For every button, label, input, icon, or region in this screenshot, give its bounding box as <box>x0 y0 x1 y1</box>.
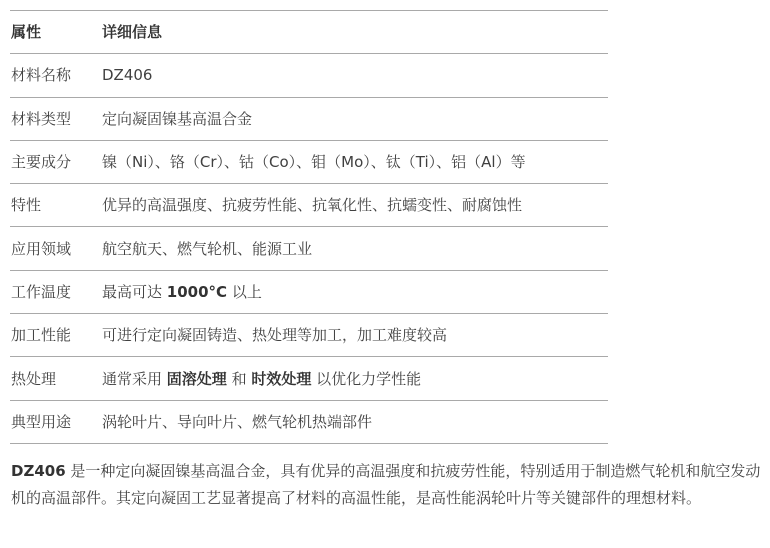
row-value: 航空航天、燃气轮机、能源工业 <box>101 227 608 270</box>
table-row: 材料名称 DZ406 <box>10 54 608 97</box>
material-spec-table: 属性 详细信息 材料名称 DZ406 材料类型 定向凝固镍基高温合金 主要成分 … <box>10 10 608 444</box>
value-bold: 1000°C <box>167 283 227 301</box>
table-row: 特性 优异的高温强度、抗疲劳性能、抗氧化性、抗蠕变性、耐腐蚀性 <box>10 184 608 227</box>
row-attr: 加工性能 <box>10 314 101 357</box>
row-value: 定向凝固镍基高温合金 <box>101 97 608 140</box>
description-paragraph: DZ406 是一种定向凝固镍基高温合金，具有优异的高温强度和抗疲劳性能，特别适用… <box>11 458 763 512</box>
value-bold: 固溶处理 <box>167 370 227 388</box>
table-row: 热处理 通常采用 固溶处理 和 时效处理 以优化力学性能 <box>10 357 608 400</box>
value-text: 最高可达 <box>102 283 167 301</box>
row-value: DZ406 <box>101 54 608 97</box>
row-attr: 特性 <box>10 184 101 227</box>
row-attr: 主要成分 <box>10 140 101 183</box>
row-value: 最高可达 1000°C 以上 <box>101 270 608 313</box>
row-value: 优异的高温强度、抗疲劳性能、抗氧化性、抗蠕变性、耐腐蚀性 <box>101 184 608 227</box>
row-attr: 材料名称 <box>10 54 101 97</box>
value-text: 通常采用 <box>102 370 167 388</box>
row-value: 涡轮叶片、导向叶片、燃气轮机热端部件 <box>101 400 608 443</box>
row-attr: 热处理 <box>10 357 101 400</box>
table-row: 加工性能 可进行定向凝固铸造、热处理等加工，加工难度较高 <box>10 314 608 357</box>
header-attribute: 属性 <box>10 11 101 54</box>
description-bold: DZ406 <box>11 462 66 480</box>
row-attr: 工作温度 <box>10 270 101 313</box>
row-attr: 材料类型 <box>10 97 101 140</box>
table-header-row: 属性 详细信息 <box>10 11 608 54</box>
value-text: 和 <box>227 370 252 388</box>
row-attr: 应用领域 <box>10 227 101 270</box>
table-row: 工作温度 最高可达 1000°C 以上 <box>10 270 608 313</box>
row-attr: 典型用途 <box>10 400 101 443</box>
value-text: 以上 <box>227 283 262 301</box>
row-value: 可进行定向凝固铸造、热处理等加工，加工难度较高 <box>101 314 608 357</box>
row-value: 镍（Ni）、铬（Cr）、钴（Co）、钼（Mo）、钛（Ti）、铝（Al）等 <box>101 140 608 183</box>
value-bold: 时效处理 <box>251 370 311 388</box>
header-details: 详细信息 <box>101 11 608 54</box>
table-row: 主要成分 镍（Ni）、铬（Cr）、钴（Co）、钼（Mo）、钛（Ti）、铝（Al）… <box>10 140 608 183</box>
table-row: 材料类型 定向凝固镍基高温合金 <box>10 97 608 140</box>
description-text: 是一种定向凝固镍基高温合金，具有优异的高温强度和抗疲劳性能，特别适用于制造燃气轮… <box>11 462 760 507</box>
table-row: 应用领域 航空航天、燃气轮机、能源工业 <box>10 227 608 270</box>
table-row: 典型用途 涡轮叶片、导向叶片、燃气轮机热端部件 <box>10 400 608 443</box>
content: 属性 详细信息 材料名称 DZ406 材料类型 定向凝固镍基高温合金 主要成分 … <box>0 0 770 512</box>
row-value: 通常采用 固溶处理 和 时效处理 以优化力学性能 <box>101 357 608 400</box>
value-text: 以优化力学性能 <box>311 370 421 388</box>
